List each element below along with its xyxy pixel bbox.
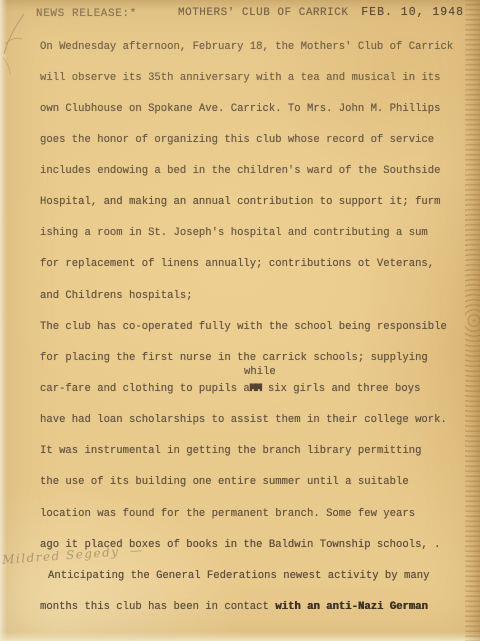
- typed-line: location was found for the permanent bra…: [40, 499, 464, 530]
- document-date: FEB. 10, 1948: [361, 6, 464, 19]
- typed-body: On Wednesday afternoon, February 18, the…: [40, 32, 464, 624]
- typed-line-with-strikeover: car-fare and clothing to pupils aMM six …: [40, 374, 464, 405]
- typed-line: On Wednesday afternoon, February 18, the…: [40, 32, 464, 63]
- line-segment: car-fare and clothing to pupils a: [40, 383, 250, 395]
- typed-line-with-bold-ending: months this club has been in contact wit…: [40, 592, 464, 623]
- release-label: NEWS RELEASE:*: [36, 8, 137, 20]
- typed-line: ishing a room in St. Joseph's hospital a…: [40, 218, 464, 249]
- bold-overtyped-segment: with an anti-Nazi German: [275, 601, 428, 613]
- paper-edge-stains: [465, 0, 480, 641]
- typed-line: Anticipating the General Federations new…: [40, 561, 464, 592]
- typed-line: The club has co-operated fully with the …: [40, 312, 464, 343]
- typed-line: includes endowing a bed in the children'…: [40, 156, 464, 187]
- typed-line: own Clubhouse on Spokane Ave. Carrick. T…: [40, 94, 464, 125]
- paper-edge-left: [0, 0, 7, 641]
- typed-news-release-page: NEWS RELEASE:* MOTHERS' CLUB OF CARRICK …: [0, 0, 480, 641]
- typed-line: goes the honor of organizing this club w…: [40, 125, 464, 156]
- document-header: NEWS RELEASE:* MOTHERS' CLUB OF CARRICK …: [0, 6, 480, 24]
- interline-insertion: while: [244, 366, 276, 378]
- typed-line: Hospital, and making an annual contribut…: [40, 187, 464, 218]
- typed-line: the use of its building one entire summe…: [40, 467, 464, 498]
- paper-edge-bottom: [0, 632, 480, 641]
- typed-line: have had loan scholarships to assist the…: [40, 405, 464, 436]
- typed-line: for replacement of linens annually; cont…: [40, 249, 464, 280]
- line-segment: months this club has been in contact: [40, 601, 275, 613]
- line-segment: six girls and three boys: [262, 383, 421, 395]
- typed-line: and Childrens hospitals;: [40, 281, 464, 312]
- typed-line: It was instrumental in getting the branc…: [40, 436, 464, 467]
- document-title: MOTHERS' CLUB OF CARRICK: [178, 7, 348, 19]
- overtyped-strikeout: MM: [250, 383, 262, 395]
- typed-line: will observe its 35th anniversary with a…: [40, 63, 464, 94]
